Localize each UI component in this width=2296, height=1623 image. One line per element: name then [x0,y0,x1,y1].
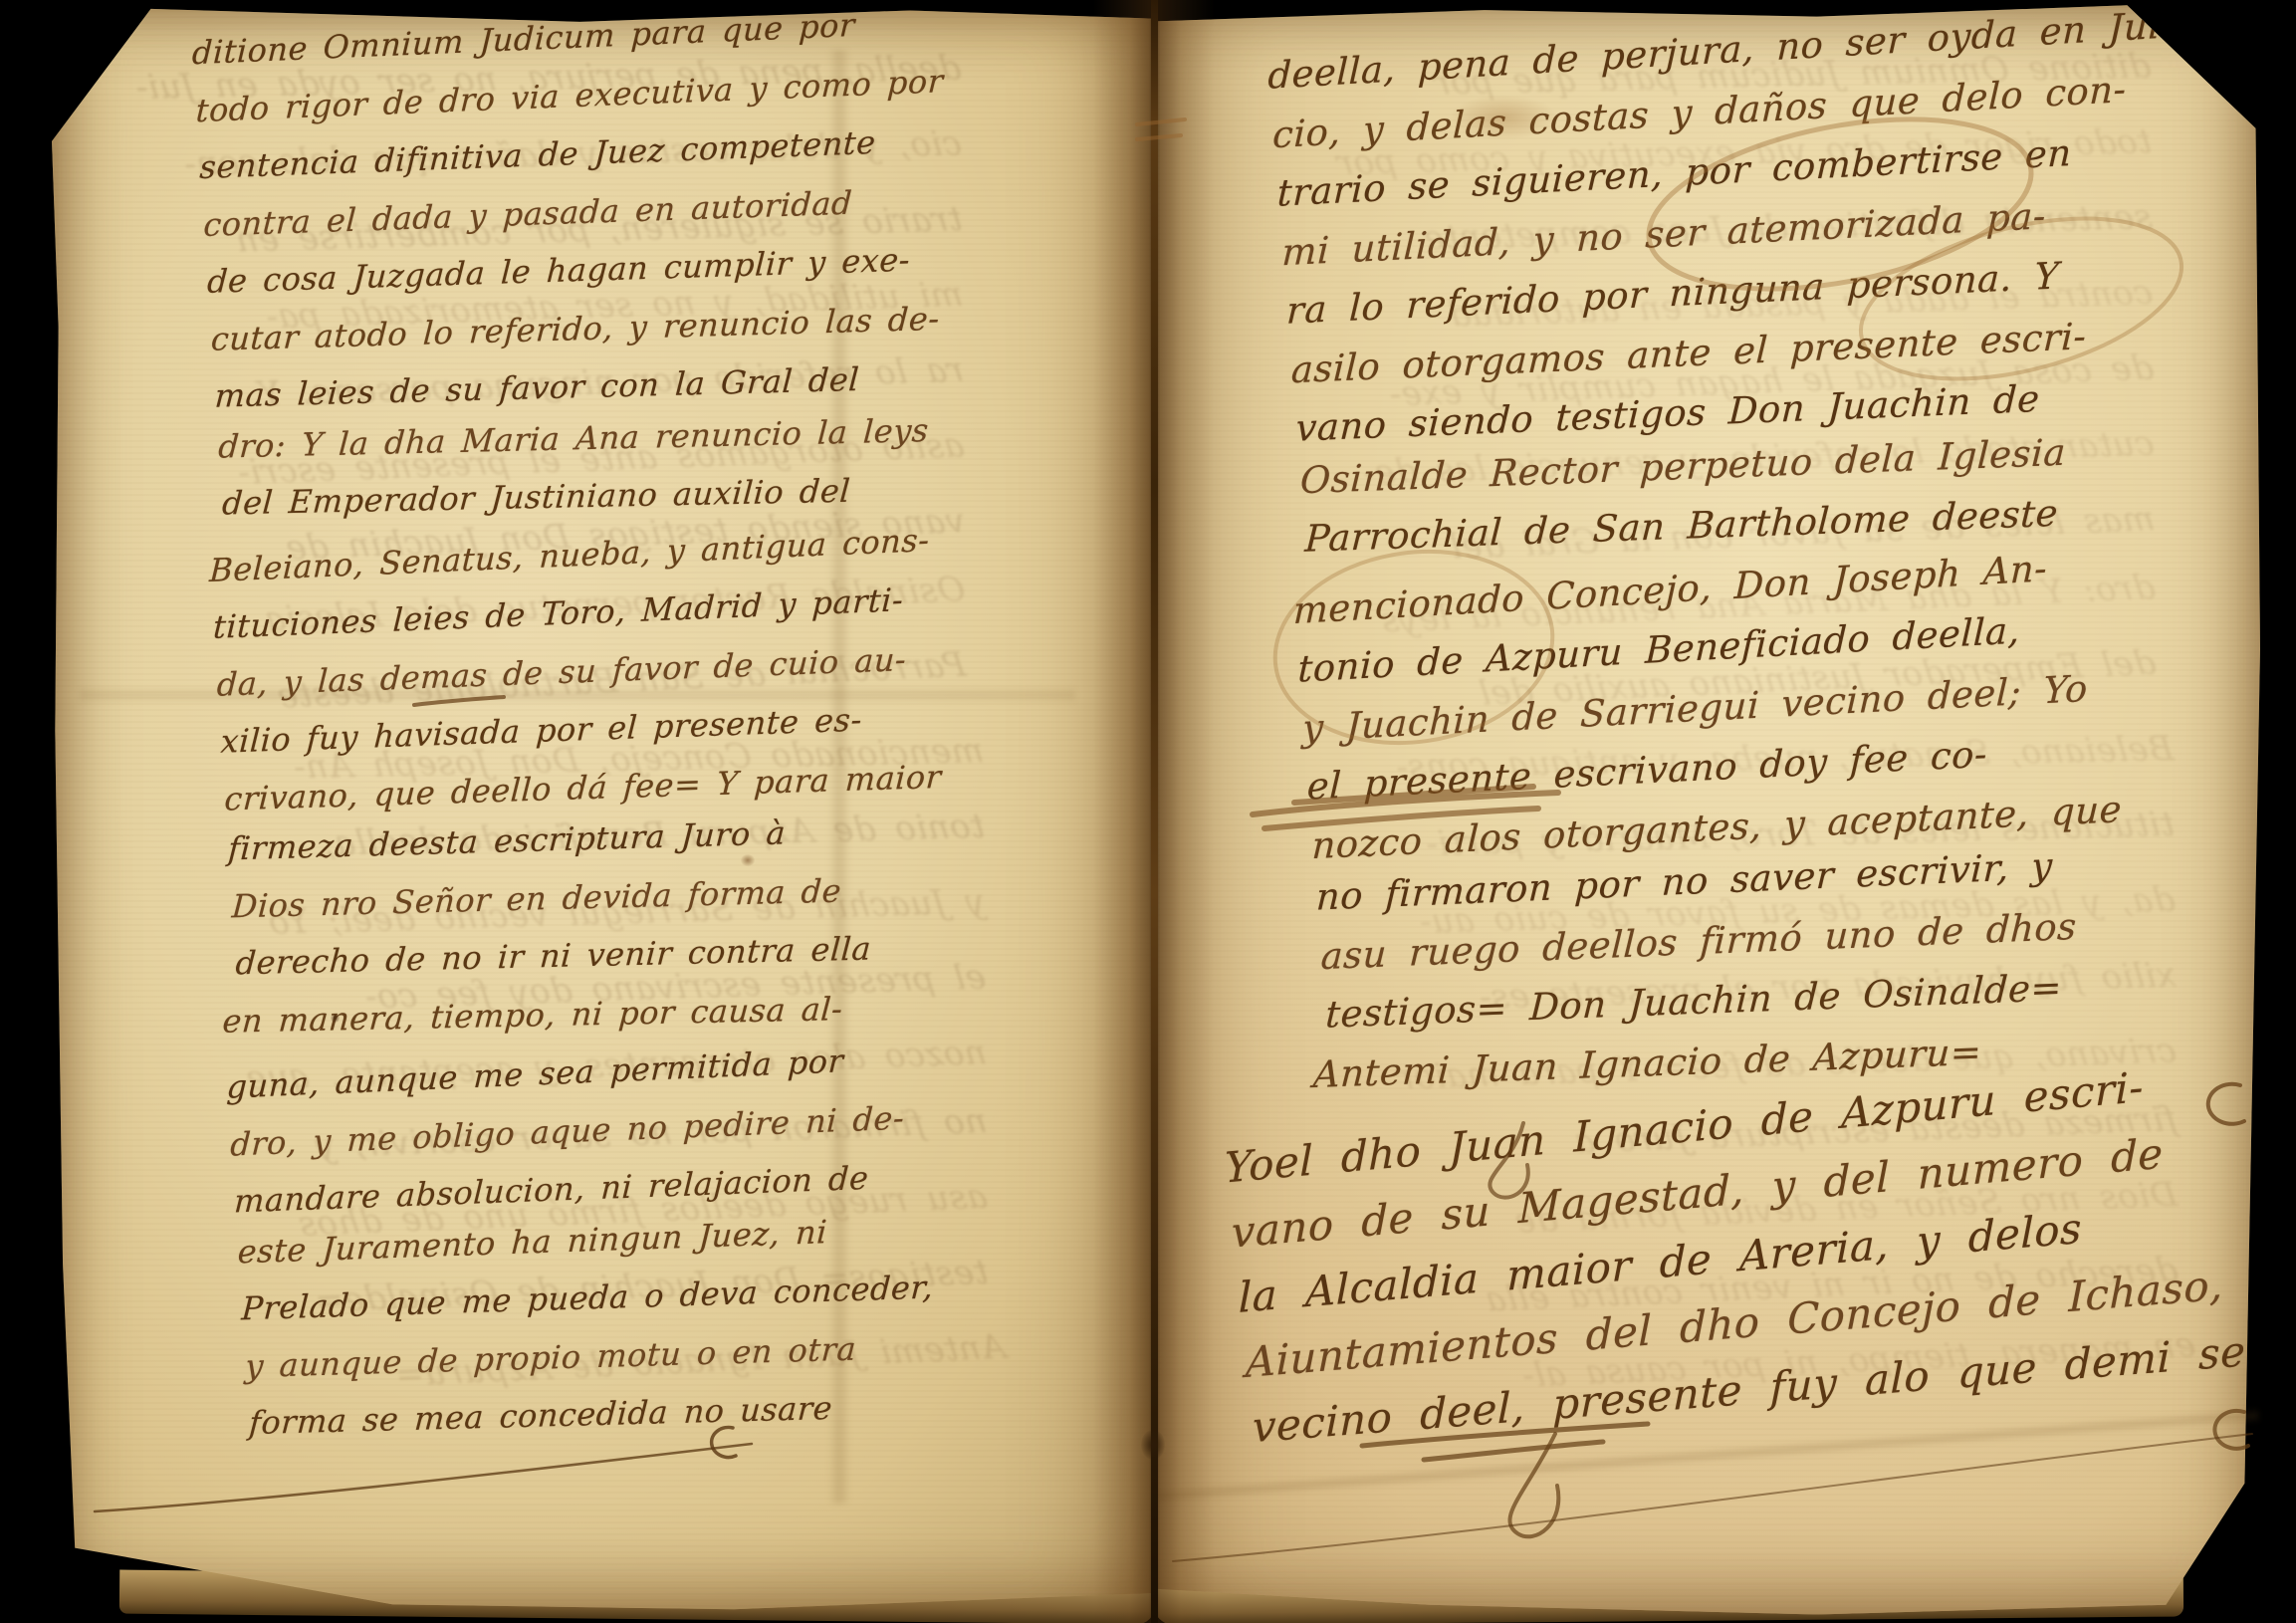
manuscript-photo: deella, pena de perjura, no ser oyda en … [0,0,2296,1623]
left-page-text: ditione Omnium Judicum para que portodo … [199,1,961,1454]
right-page-text-closing: Yoel dho Juan Ignacio de Azpuru escri-va… [1230,1051,2296,1460]
left-page: deella, pena de perjura, no ser oyda en … [52,4,1152,1619]
right-page-text-main: deella, pena de perjura, no ser oyda en … [1274,0,2278,1108]
right-page: ditione Omnium Judicum para que portodo … [1152,2,2260,1621]
